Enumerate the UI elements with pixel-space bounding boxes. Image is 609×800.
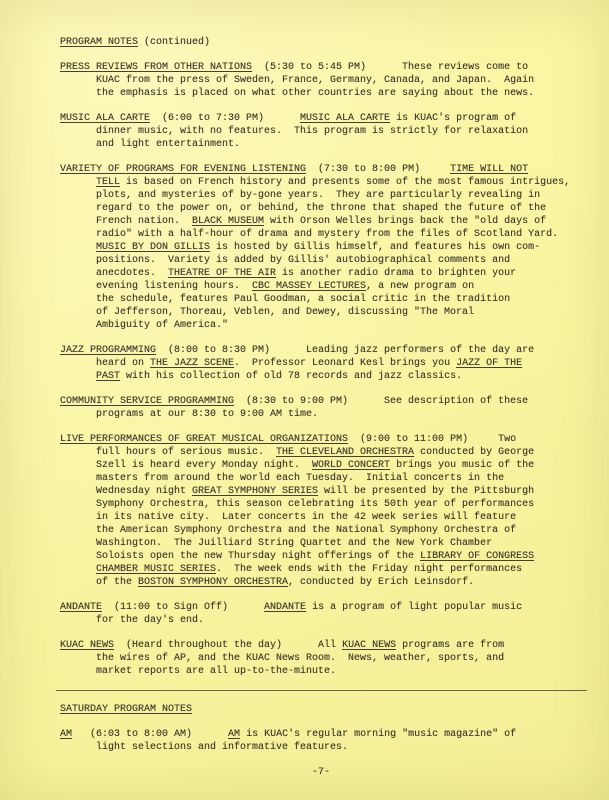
program-notes-document: PROGRAM NOTES (continued)PRESS REVIEWS F…: [60, 36, 582, 754]
program-notes-header: PROGRAM NOTES (continued): [60, 36, 582, 49]
underlined-text: AM: [228, 729, 240, 740]
underlined-text: GREAT SYMPHONY SERIES: [192, 486, 318, 497]
underlined-text: BOSTON SYMPHONY ORCHESTRA: [138, 577, 288, 588]
underlined-text: COMMUNITY SERVICE PROGRAMMING: [60, 396, 234, 407]
text-run: (7:30 to 8:00 PM): [306, 164, 450, 175]
saturday-program-notes-header: SATURDAY PROGRAM NOTES: [60, 703, 582, 716]
entry-community-service-programming: COMMUNITY SERVICE PROGRAMMING (8:30 to 9…: [60, 395, 582, 421]
underlined-text: CBC MASSEY LECTURES: [252, 281, 366, 292]
underlined-text: THEATRE OF THE AIR: [168, 268, 276, 279]
text-run: . Professor Leonard Kesl brings you: [234, 358, 456, 369]
entry-jazz-programming: JAZZ PROGRAMMING (8:00 to 8:30 PM) Leadi…: [60, 344, 582, 383]
text-run: (6:00 to 7:30 PM): [150, 113, 300, 124]
underlined-text: LIVE PERFORMANCES OF GREAT MUSICAL ORGAN…: [60, 434, 348, 445]
underlined-text: ANDANTE: [264, 602, 306, 613]
text-run: (continued): [138, 37, 210, 48]
underlined-text: PROGRAM NOTES: [60, 37, 138, 48]
underlined-text: MUSIC ALA CARTE: [300, 113, 390, 124]
section-divider: [56, 690, 587, 691]
text-run: , conducted by Erich Leinsdorf.: [288, 577, 474, 588]
entry-andante: ANDANTE (11:00 to Sign Off) ANDANTE is a…: [60, 601, 582, 627]
underlined-text: VARIETY OF PROGRAMS FOR EVENING LISTENIN…: [60, 164, 306, 175]
underlined-text: KUAC NEWS: [60, 640, 114, 651]
document-page: PROGRAM NOTES (continued)PRESS REVIEWS F…: [0, 0, 609, 800]
entry-kuac-news: KUAC NEWS (Heard throughout the day) All…: [60, 639, 582, 678]
underlined-text: MUSIC ALA CARTE: [60, 113, 150, 124]
underlined-text: THE CLEVELAND ORCHESTRA: [276, 447, 414, 458]
entry-live-performances-of-great-musical-organizations: LIVE PERFORMANCES OF GREAT MUSICAL ORGAN…: [60, 433, 582, 589]
page-number: -7-: [60, 766, 582, 779]
underlined-text: PRESS REVIEWS FROM OTHER NATIONS: [60, 62, 252, 73]
text-run: (Heard throughout the day) All: [114, 640, 342, 651]
underlined-text: BLACK MUSEUM: [192, 216, 264, 227]
underlined-text: WORLD CONCERT: [312, 460, 390, 471]
underlined-text: ANDANTE: [60, 602, 102, 613]
underlined-text: KUAC NEWS: [342, 640, 396, 651]
text-run: (6:03 to 8:00 AM): [72, 729, 228, 740]
text-run: with his collection of old 78 records an…: [120, 371, 462, 382]
underlined-text: AM: [60, 729, 72, 740]
underlined-text: MUSIC BY DON GILLIS: [96, 242, 210, 253]
underlined-text: JAZZ PROGRAMMING: [60, 345, 156, 356]
underlined-text: THE JAZZ SCENE: [150, 358, 234, 369]
entry-press-reviews-from-other-nations: PRESS REVIEWS FROM OTHER NATIONS (5:30 t…: [60, 61, 582, 100]
text-run: (11:00 to Sign Off): [102, 602, 264, 613]
entry-am: AM (6:03 to 8:00 AM) AM is KUAC's regula…: [60, 728, 582, 754]
entry-variety-of-programs-for-evening-listening: VARIETY OF PROGRAMS FOR EVENING LISTENIN…: [60, 163, 582, 332]
underlined-text: SATURDAY PROGRAM NOTES: [60, 704, 192, 715]
entry-music-ala-carte: MUSIC ALA CARTE (6:00 to 7:30 PM) MUSIC …: [60, 112, 582, 151]
